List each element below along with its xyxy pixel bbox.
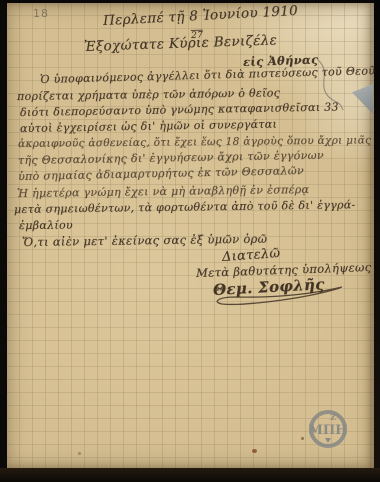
stamp-bottom-mark (325, 438, 331, 443)
stamp-top-mark: Ζ (330, 412, 336, 422)
museum-stamp-icon: ΜΠΗ Ζ (306, 407, 350, 451)
stamp-letters: ΜΠΗ (309, 423, 348, 438)
scanned-letter-page: 18 Περλεπέ τῇ 8 Ἰουνίου 1910 27 Ἐξοχώτατ… (0, 0, 380, 482)
